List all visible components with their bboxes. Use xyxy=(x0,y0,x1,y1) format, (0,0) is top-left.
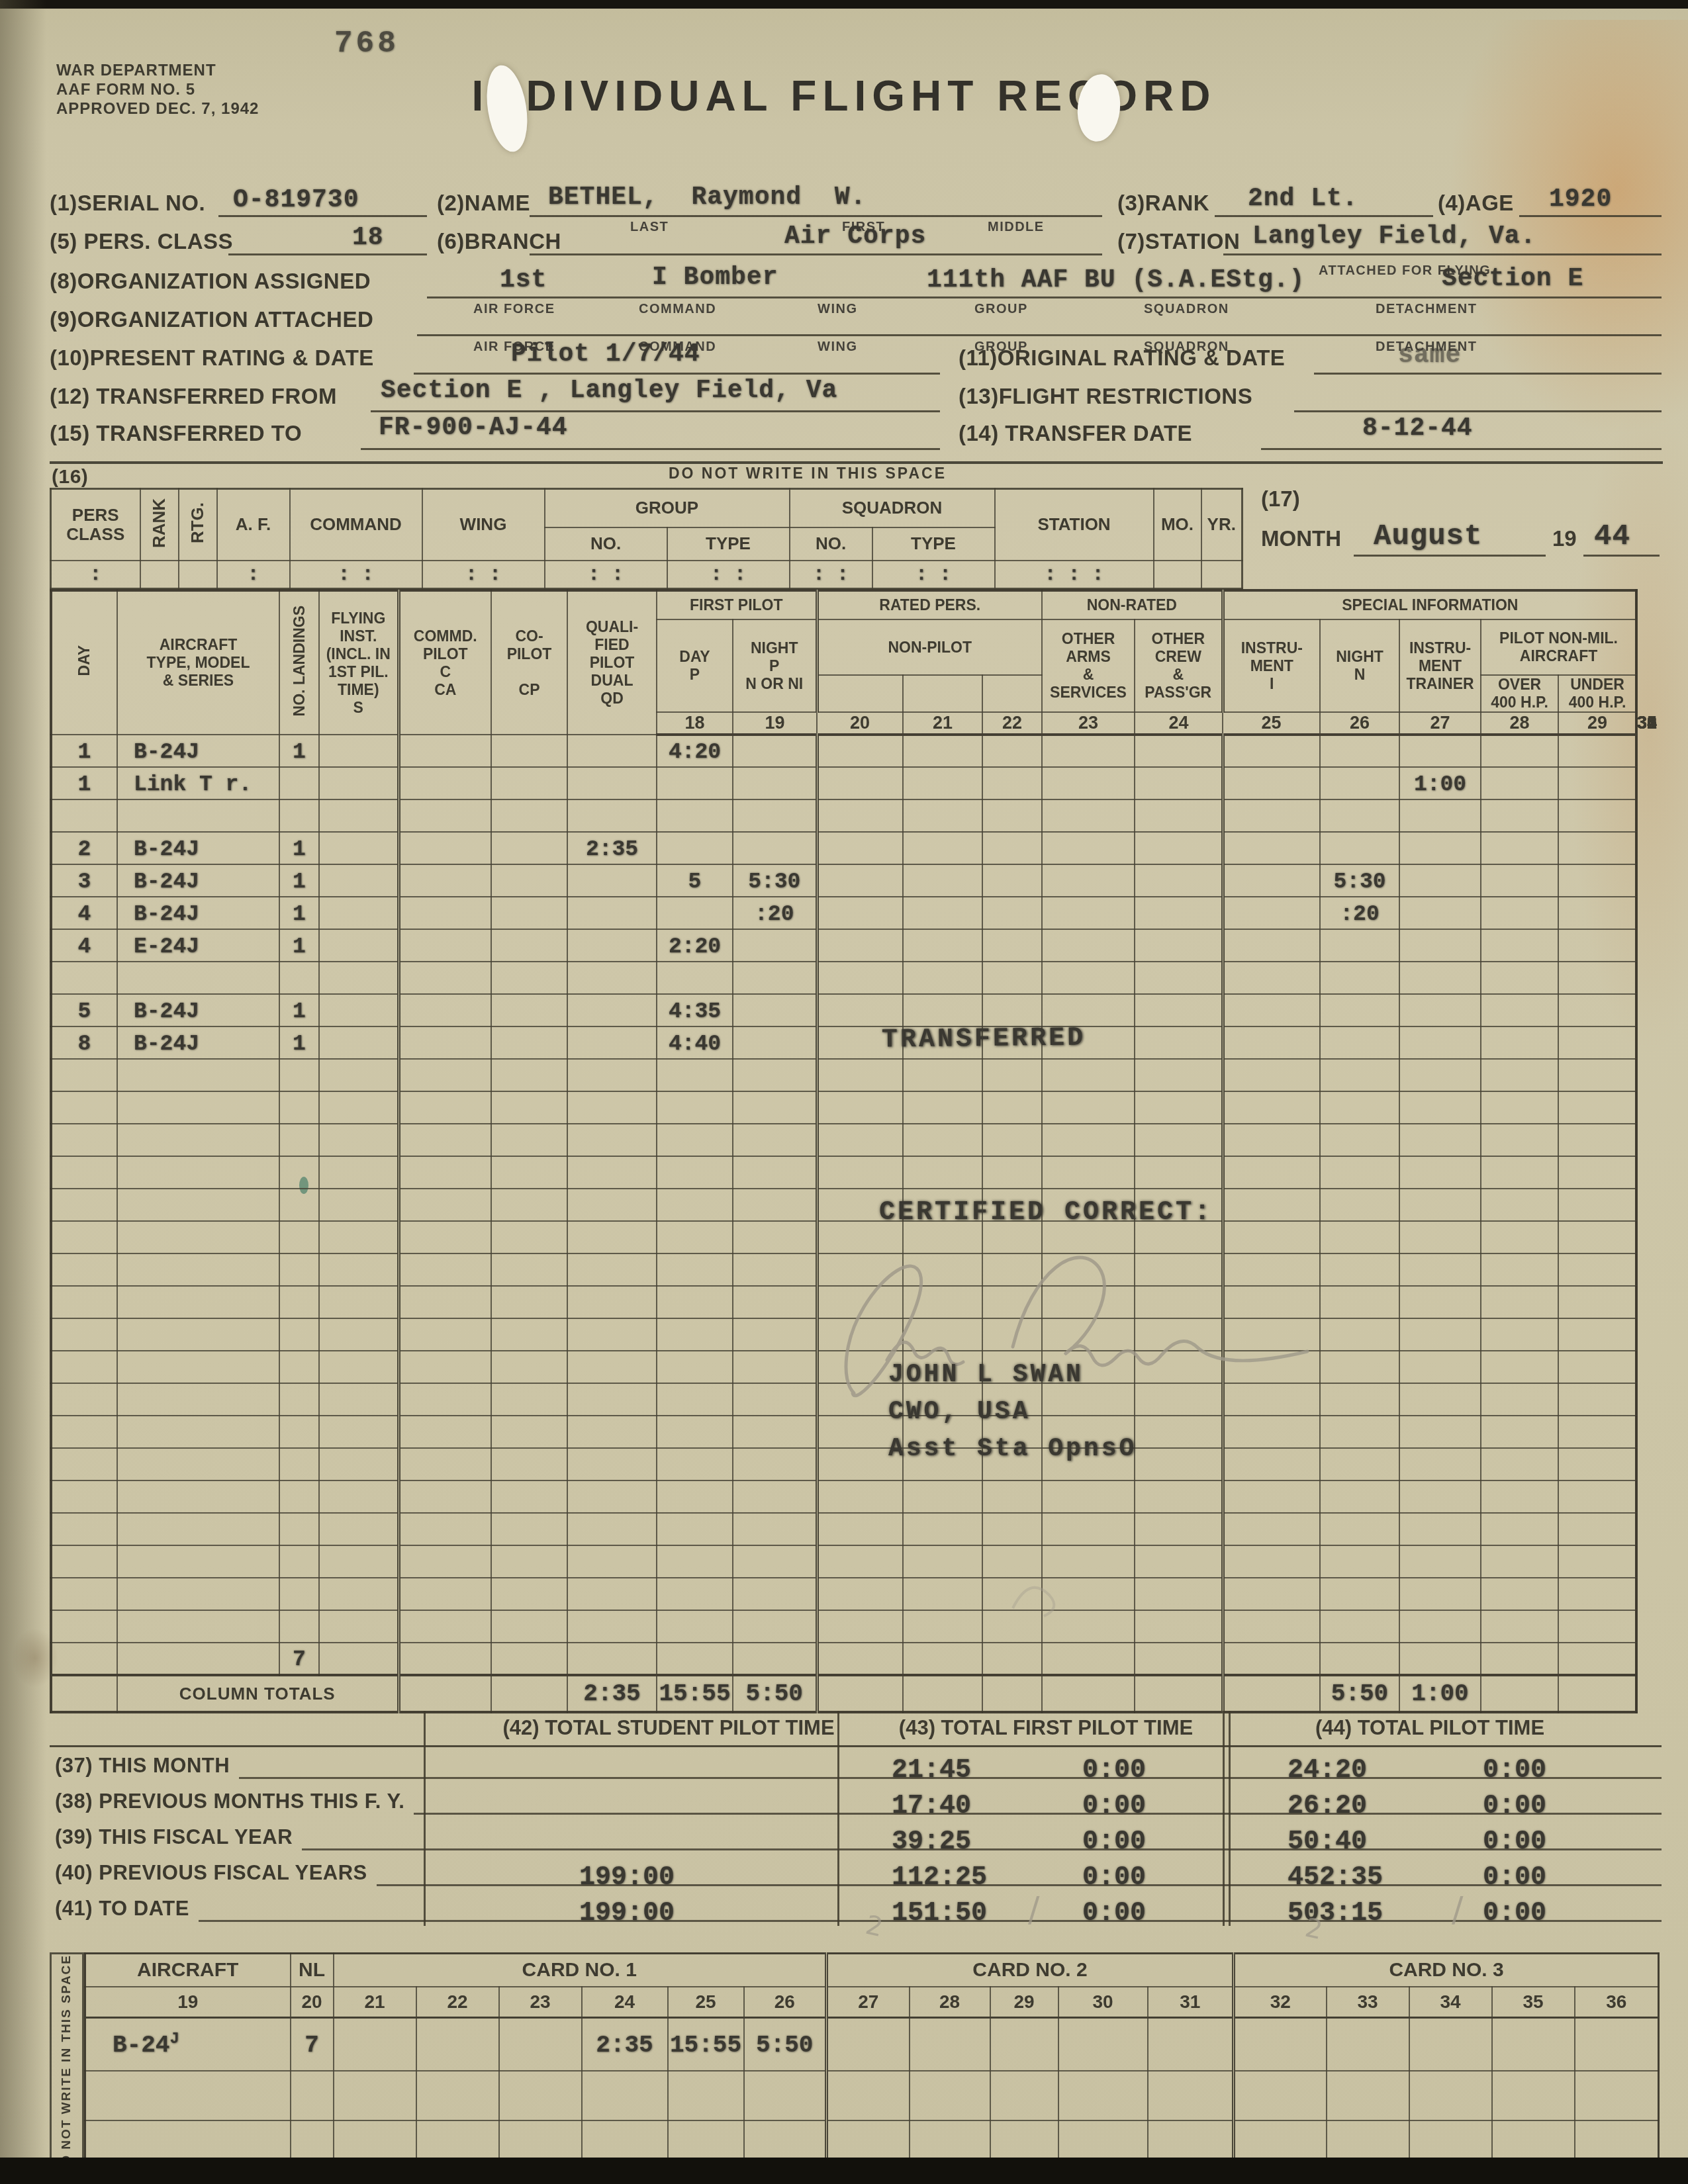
section-divider xyxy=(50,461,1663,464)
flight-cell-col34 xyxy=(1399,1610,1481,1643)
flight-cell-col21 xyxy=(319,897,399,929)
flight-row: 2B-24J12:35 xyxy=(51,832,1636,864)
flight-cell-col19 xyxy=(117,1480,279,1513)
flight-cell-col26 xyxy=(733,1480,817,1513)
field-line xyxy=(530,215,1102,217)
student-pilot-time-value: 199:00 xyxy=(579,1863,675,1893)
flight-cell-col34 xyxy=(1399,1253,1481,1286)
flight-cell-col33 xyxy=(1320,1189,1399,1221)
field-line xyxy=(1261,448,1662,450)
flight-cell-col28 xyxy=(903,1480,982,1513)
field-label-transfer-date: (14) TRANSFER DATE xyxy=(959,421,1192,446)
flight-cell-col31 xyxy=(1135,799,1223,832)
flight-cell-col35 xyxy=(1481,1578,1558,1610)
flight-cell-col23 xyxy=(491,1286,567,1318)
flight-cell-col18 xyxy=(51,962,117,994)
serial-value: O-819730 xyxy=(233,186,359,214)
flight-cell-col23 xyxy=(491,897,567,929)
org-assigned-air-force: 1st xyxy=(500,266,547,295)
flight-cell-col21 xyxy=(319,1351,399,1383)
flight-cell-col26 xyxy=(733,1091,817,1124)
flight-cell-col24 xyxy=(567,1286,657,1318)
flight-cell-col31 xyxy=(1135,1513,1223,1545)
flight-cell-col33 xyxy=(1320,1513,1399,1545)
flight-cell-col30 xyxy=(1042,1059,1135,1091)
flight-cell-col33 xyxy=(1320,767,1399,799)
flight-cell-col29 xyxy=(982,1124,1042,1156)
flight-cell-col36 xyxy=(1558,1578,1636,1610)
flight-cell-col31 xyxy=(1135,1610,1223,1643)
flight-cell-col20 xyxy=(279,1253,319,1286)
flight-cell-col32 xyxy=(1223,962,1320,994)
flight-cell-col23 xyxy=(491,1189,567,1221)
flight-cell-col20 xyxy=(279,1091,319,1124)
flight-cell-col31 xyxy=(1135,897,1223,929)
col-header-rank: RANK xyxy=(140,489,179,561)
col-header-group: GROUP xyxy=(545,489,790,527)
flight-cell-col30 xyxy=(1042,1480,1135,1513)
flight-cell-col32 xyxy=(1223,1189,1320,1221)
branch-value: Air Corps xyxy=(784,222,926,251)
scan-top-edge xyxy=(0,0,1688,9)
flight-cell-col30 xyxy=(1042,767,1135,799)
flight-cell-col21 xyxy=(319,1286,399,1318)
flight-cell-col34 xyxy=(1399,1286,1481,1318)
flight-cell-col22 xyxy=(399,1286,491,1318)
flight-cell-col32 xyxy=(1223,1416,1320,1448)
flight-cell-col26 xyxy=(733,1545,817,1578)
flight-cell-col21 xyxy=(319,1383,399,1416)
flight-cell-col21 xyxy=(319,1513,399,1545)
flight-cell-col18: 8 xyxy=(51,1026,117,1059)
first-pilot-time-value: 21:45 xyxy=(892,1756,971,1786)
flight-cell-col31 xyxy=(1135,1091,1223,1124)
flight-cell-col21 xyxy=(319,1059,399,1091)
flight-cell-col36 xyxy=(1558,1026,1636,1059)
flight-cell-col18 xyxy=(51,1091,117,1124)
flight-cell-col23 xyxy=(491,929,567,962)
flight-cell-col28 xyxy=(903,994,982,1026)
flight-cell-col28 xyxy=(903,1578,982,1610)
flight-cell-col31 xyxy=(1135,1448,1223,1480)
flight-row: 1B-24J14:20 xyxy=(51,735,1636,767)
flight-cell-col29 xyxy=(982,767,1042,799)
flight-cell-col33 xyxy=(1320,1643,1399,1675)
flight-row xyxy=(51,1610,1636,1643)
flight-cell-col24 xyxy=(567,1610,657,1643)
flight-cell-col24 xyxy=(567,1253,657,1286)
flight-cell-col23 xyxy=(491,1221,567,1253)
totals-divider xyxy=(1223,1711,1225,1926)
flight-cell-col34 xyxy=(1399,1221,1481,1253)
flight-cell-col34 xyxy=(1399,1059,1481,1091)
flight-cell-col30 xyxy=(1042,1156,1135,1189)
flight-cell-col19 xyxy=(117,1253,279,1286)
flight-cell-col20 xyxy=(279,799,319,832)
flight-cell-col32 xyxy=(1223,767,1320,799)
flight-cell-col22 xyxy=(399,1318,491,1351)
flight-cell-col19 xyxy=(117,1416,279,1448)
flight-cell-col18 xyxy=(51,1351,117,1383)
flight-cell-col28 xyxy=(903,1091,982,1124)
flight-cell-col27 xyxy=(817,864,903,897)
flight-cell-col22 xyxy=(399,1383,491,1416)
age-value: 1920 xyxy=(1549,185,1612,214)
totals-row: (37) THIS MONTH21:450:0024:200:00 xyxy=(50,1747,1662,1783)
flight-cell-col35 xyxy=(1481,1416,1558,1448)
field-line xyxy=(530,253,1102,255)
field-label-rank: (3)RANK xyxy=(1117,191,1209,216)
flight-cell-col24 xyxy=(567,1156,657,1189)
field-label-org-attached: (9)ORGANIZATION ATTACHED xyxy=(50,307,373,332)
flight-cell-col32 xyxy=(1223,1480,1320,1513)
flight-cell-col19 xyxy=(117,1448,279,1480)
flight-cell-col36 xyxy=(1558,735,1636,767)
flight-cell-col21 xyxy=(319,1091,399,1124)
card-nl-header: NL xyxy=(291,1954,334,1987)
field-label-branch: (6)BRANCH xyxy=(437,229,561,254)
flight-cell-col35 xyxy=(1481,994,1558,1026)
flight-cell-col33: :20 xyxy=(1320,897,1399,929)
flight-cell-col22 xyxy=(399,1156,491,1189)
first-pilot-time-value-2: 0:00 xyxy=(1082,1792,1146,1821)
flight-cell-col36 xyxy=(1558,864,1636,897)
pers-class-value: 18 xyxy=(352,224,384,252)
flight-cell-col36 xyxy=(1558,1610,1636,1643)
flight-cell-col18 xyxy=(51,1189,117,1221)
flight-cell-col27 xyxy=(817,962,903,994)
sub-label-wing: WING xyxy=(818,340,857,355)
flight-cell-col21 xyxy=(319,1448,399,1480)
totals-row: (40) PREVIOUS FISCAL YEARS199:00112:250:… xyxy=(50,1854,1662,1890)
flight-cell-col23 xyxy=(491,1026,567,1059)
flight-cell-col26 xyxy=(733,1156,817,1189)
flight-cell-col29 xyxy=(982,1059,1042,1091)
do-not-write-vertical-label: DO NOT WRITE IN THIS SPACE xyxy=(50,1952,84,2178)
col-header-af: A. F. xyxy=(217,489,290,561)
card-nl-value: 7 xyxy=(291,2018,334,2071)
flight-cell-col35 xyxy=(1481,897,1558,929)
col-header-instr-trainer: INSTRU- MENT TRAINER xyxy=(1399,619,1481,712)
flight-cell-col32 xyxy=(1223,1545,1320,1578)
flight-cell-col26 xyxy=(733,1351,817,1383)
flight-cell-col33 xyxy=(1320,1545,1399,1578)
flight-cell-col33 xyxy=(1320,962,1399,994)
flight-cell-col26 xyxy=(733,1643,817,1675)
flight-cell-col18 xyxy=(51,1643,117,1675)
flight-cell-col23 xyxy=(491,1480,567,1513)
flight-cell-col25 xyxy=(657,1448,733,1480)
flight-cell-col18: 4 xyxy=(51,897,117,929)
col-header-mo: MO. xyxy=(1154,489,1201,561)
flight-cell-col26 xyxy=(733,994,817,1026)
col-header-pilot-non-mil: PILOT NON-MIL. AIRCRAFT xyxy=(1481,619,1636,675)
flight-cell-col22 xyxy=(399,767,491,799)
flight-cell-col18: 4 xyxy=(51,929,117,962)
flight-cell-col24 xyxy=(567,1448,657,1480)
history-dots-row: : : : : : : : : : : : : : : : : : xyxy=(51,561,1243,589)
org-assigned-detachment: Section E xyxy=(1442,265,1583,293)
flight-cell-col21 xyxy=(319,1124,399,1156)
month-box-label: (17) xyxy=(1261,486,1300,512)
sub-label-wing: WING xyxy=(818,302,857,317)
flight-cell-col30 xyxy=(1042,1643,1135,1675)
field-line xyxy=(417,334,1662,336)
flight-cell-col25 xyxy=(657,1189,733,1221)
flight-cell-col23 xyxy=(491,1124,567,1156)
flight-cell-col22 xyxy=(399,1026,491,1059)
col-header-co-pilot: CO- PILOT CP xyxy=(491,590,567,735)
first-pilot-time-value-2: 0:00 xyxy=(1082,1899,1146,1929)
col-header-night-n: NIGHT N xyxy=(1320,619,1399,712)
flight-cell-col24 xyxy=(567,1189,657,1221)
flight-cell-col23 xyxy=(491,1578,567,1610)
flight-cell-col25 xyxy=(657,1124,733,1156)
flight-cell-col35 xyxy=(1481,767,1558,799)
field-label-present-rating: (10)PRESENT RATING & DATE xyxy=(50,345,374,371)
flight-cell-col28 xyxy=(903,1124,982,1156)
flight-cell-col33 xyxy=(1320,799,1399,832)
flight-cell-col21 xyxy=(319,735,399,767)
flight-cell-col31 xyxy=(1135,962,1223,994)
flight-cell-col26 xyxy=(733,1513,817,1545)
flight-cell-col26 xyxy=(733,1286,817,1318)
totals-row-line xyxy=(414,1812,1662,1815)
flight-cell-col36 xyxy=(1558,1059,1636,1091)
pencil-slash-mark: ∕ xyxy=(1452,1890,1464,1930)
flight-cell-col20: 1 xyxy=(279,832,319,864)
flight-cell-col36 xyxy=(1558,1091,1636,1124)
flight-cell-col35 xyxy=(1481,1480,1558,1513)
flight-cell-col22 xyxy=(399,962,491,994)
flight-cell-col20: 1 xyxy=(279,897,319,929)
flight-cell-col28 xyxy=(903,1643,982,1675)
flight-cell-col23 xyxy=(491,735,567,767)
flight-log-body: 1B-24J14:201Link T r.1:002B-24J12:353B-2… xyxy=(51,735,1636,1675)
field-line xyxy=(414,373,940,375)
flight-cell-col21 xyxy=(319,799,399,832)
flight-cell-col36 xyxy=(1558,1286,1636,1318)
totals-row: (39) THIS FISCAL YEAR39:250:0050:400:00 xyxy=(50,1819,1662,1854)
flight-cell-col21 xyxy=(319,929,399,962)
flight-cell-col28 xyxy=(903,1059,982,1091)
flight-cell-col35 xyxy=(1481,1189,1558,1221)
flight-cell-col22 xyxy=(399,1578,491,1610)
station-value: Langley Field, Va. xyxy=(1252,222,1536,251)
sub-label-last: LAST xyxy=(630,220,669,235)
flight-cell-col23 xyxy=(491,1318,567,1351)
flight-cell-col25 xyxy=(657,1318,733,1351)
flight-cell-col35 xyxy=(1481,864,1558,897)
flight-cell-col25 xyxy=(657,1091,733,1124)
flight-cell-col19 xyxy=(117,1156,279,1189)
flight-cell-col22 xyxy=(399,1416,491,1448)
col-header-squadron: SQUADRON xyxy=(790,489,995,527)
sub-label-group: GROUP xyxy=(974,302,1028,317)
flight-cell-col18 xyxy=(51,1383,117,1416)
flight-cell-col29 xyxy=(982,1513,1042,1545)
card-aircraft-value: B-24J xyxy=(85,2018,291,2071)
flight-row: 7 xyxy=(51,1643,1636,1675)
flight-cell-col25 xyxy=(657,1545,733,1578)
flight-cell-col25: 4:35 xyxy=(657,994,733,1026)
flight-cell-col27 xyxy=(817,994,903,1026)
flight-cell-col31 xyxy=(1135,1480,1223,1513)
flight-cell-col24 xyxy=(567,897,657,929)
flight-cell-col32 xyxy=(1223,929,1320,962)
flight-cell-col23 xyxy=(491,1091,567,1124)
field-label-flight-restrictions: (13)FLIGHT RESTRICTIONS xyxy=(959,384,1252,409)
flight-cell-col28 xyxy=(903,929,982,962)
sub-label-middle: MIDDLE xyxy=(988,220,1045,235)
col-header-special-info: SPECIAL INFORMATION xyxy=(1223,590,1636,619)
col-header-qualified-pilot: QUALI- FIED PILOT DUAL QD xyxy=(567,590,657,735)
flight-cell-col24 xyxy=(567,1351,657,1383)
flight-cell-col26 xyxy=(733,1383,817,1416)
flight-cell-col32 xyxy=(1223,799,1320,832)
flight-cell-col34 xyxy=(1399,1383,1481,1416)
flight-cell-col34 xyxy=(1399,864,1481,897)
flight-cell-col25 xyxy=(657,1059,733,1091)
flight-cell-col28 xyxy=(903,897,982,929)
flight-cell-col26 xyxy=(733,1610,817,1643)
field-label-original-rating: (11)ORIGINAL RATING & DATE xyxy=(959,345,1285,371)
column-totals-row: COLUMN TOTALS 2:35 15:55 5:50 5:50 1:00 xyxy=(51,1675,1636,1712)
sub-label-air-force: AIR FORCE xyxy=(473,302,555,317)
flight-cell-col33 xyxy=(1320,1059,1399,1091)
flight-cell-col33 xyxy=(1320,1416,1399,1448)
signer-name: JOHN L SWAN xyxy=(888,1361,1084,1389)
pilot-time-value-2: 0:00 xyxy=(1483,1756,1546,1786)
flight-cell-col32 xyxy=(1223,1643,1320,1675)
flight-cell-col32 xyxy=(1223,864,1320,897)
field-line xyxy=(1354,555,1546,557)
certified-correct-stamp: CERTIFIED CORRECT: xyxy=(879,1198,1213,1228)
totals-section: (42) TOTAL STUDENT PILOT TIME (43) TOTAL… xyxy=(50,1711,1662,1926)
flight-cell-col19 xyxy=(117,1059,279,1091)
flight-cell-col29 xyxy=(982,864,1042,897)
flight-cell-col21 xyxy=(319,832,399,864)
flight-row xyxy=(51,1091,1636,1124)
transferred-from-value: Section E , Langley Field, Va xyxy=(381,377,837,405)
flight-cell-col31 xyxy=(1135,1026,1223,1059)
total-pilot-time-header: (44) TOTAL PILOT TIME xyxy=(1198,1716,1662,1740)
card-col24-value: 2:35 xyxy=(582,2018,668,2071)
flight-cell-col30 xyxy=(1042,929,1135,962)
flight-cell-col32 xyxy=(1223,1059,1320,1091)
flight-cell-col19 xyxy=(117,1091,279,1124)
flight-cell-col23 xyxy=(491,1610,567,1643)
flight-cell-col29 xyxy=(982,1091,1042,1124)
pilot-time-value: 503:15 xyxy=(1288,1899,1383,1929)
flight-cell-col24 xyxy=(567,1059,657,1091)
flight-cell-col22 xyxy=(399,1610,491,1643)
flight-cell-col33 xyxy=(1320,929,1399,962)
flight-cell-col23 xyxy=(491,767,567,799)
flight-cell-col34 xyxy=(1399,1351,1481,1383)
flight-cell-col20: 7 xyxy=(279,1643,319,1675)
flight-cell-col31 xyxy=(1135,1156,1223,1189)
flight-cell-col22 xyxy=(399,1351,491,1383)
flight-cell-col27 xyxy=(817,1059,903,1091)
field-line xyxy=(1583,555,1660,557)
flight-cell-col36 xyxy=(1558,1383,1636,1416)
flight-cell-col24 xyxy=(567,1578,657,1610)
flight-cell-col24 xyxy=(567,864,657,897)
flight-cell-col18 xyxy=(51,1156,117,1189)
flight-cell-col24 xyxy=(567,767,657,799)
flight-row xyxy=(51,1156,1636,1189)
flight-cell-col32 xyxy=(1223,1513,1320,1545)
field-line xyxy=(361,448,940,450)
pilot-time-value: 452:35 xyxy=(1288,1863,1383,1893)
flight-cell-col25 xyxy=(657,1416,733,1448)
flight-cell-col24 xyxy=(567,994,657,1026)
flight-cell-col31 xyxy=(1135,994,1223,1026)
flight-cell-col24 xyxy=(567,929,657,962)
flight-cell-col22 xyxy=(399,864,491,897)
field-label-serial: (1)SERIAL NO. xyxy=(50,191,205,216)
flight-cell-col22 xyxy=(399,832,491,864)
flight-cell-col25 xyxy=(657,832,733,864)
flight-cell-col36 xyxy=(1558,832,1636,864)
flight-cell-col35 xyxy=(1481,1448,1558,1480)
month-value: August xyxy=(1374,520,1482,553)
flight-cell-col31 xyxy=(1135,1416,1223,1448)
flight-cell-col27 xyxy=(817,799,903,832)
flight-cell-col33 xyxy=(1320,1124,1399,1156)
col-header-non-rated: NON-RATED xyxy=(1042,590,1223,619)
flight-cell-col28 xyxy=(903,1545,982,1578)
flight-cell-col32 xyxy=(1223,897,1320,929)
flight-cell-col34: 1:00 xyxy=(1399,767,1481,799)
totals-cell xyxy=(1223,1675,1320,1712)
flight-cell-col29 xyxy=(982,1480,1042,1513)
first-pilot-time-value: 17:40 xyxy=(892,1792,971,1821)
card-number-row: 1920 2122 2324 2526 2728 2930 3132 3334 … xyxy=(85,1987,1659,2018)
totals-row-label: (41) TO DATE xyxy=(50,1897,189,1926)
flight-cell-col26 xyxy=(733,767,817,799)
first-pilot-time-value-2: 0:00 xyxy=(1082,1756,1146,1786)
totals-row: (41) TO DATE199:00151:500:00503:150:00∕∕ xyxy=(50,1890,1662,1926)
flight-cell-col23 xyxy=(491,1416,567,1448)
card-table: AIRCRAFT NL CARD NO. 1 CARD NO. 2 CARD N… xyxy=(84,1952,1660,2178)
flight-cell-col24 xyxy=(567,1643,657,1675)
col-header-flying-inst: FLYING INST. (INCL. IN 1ST PIL. TIME) S xyxy=(319,590,399,735)
col-header-landings: NO. LANDINGS xyxy=(279,590,319,735)
first-pilot-time-value: 39:25 xyxy=(892,1827,971,1857)
flight-cell-col27 xyxy=(817,929,903,962)
flight-cell-col34 xyxy=(1399,1091,1481,1124)
flight-cell-col35 xyxy=(1481,1156,1558,1189)
flight-cell-col19: B-24J xyxy=(117,1026,279,1059)
flight-cell-col24 xyxy=(567,799,657,832)
totals-cell xyxy=(491,1675,567,1712)
flight-cell-col19 xyxy=(117,962,279,994)
col-header-group-no: NO. xyxy=(545,527,667,561)
flight-cell-col35 xyxy=(1481,1026,1558,1059)
flight-cell-col31 xyxy=(1135,1059,1223,1091)
flight-row: 4B-24J1:20:20 xyxy=(51,897,1636,929)
flight-cell-col23 xyxy=(491,832,567,864)
flight-cell-col19 xyxy=(117,1124,279,1156)
flight-cell-col20 xyxy=(279,1545,319,1578)
flight-cell-col35 xyxy=(1481,1059,1558,1091)
flight-cell-col33 xyxy=(1320,832,1399,864)
flight-cell-col33 xyxy=(1320,1448,1399,1480)
col-header-pers-class: PERS CLASS xyxy=(51,489,140,561)
flight-cell-col24 xyxy=(567,1091,657,1124)
